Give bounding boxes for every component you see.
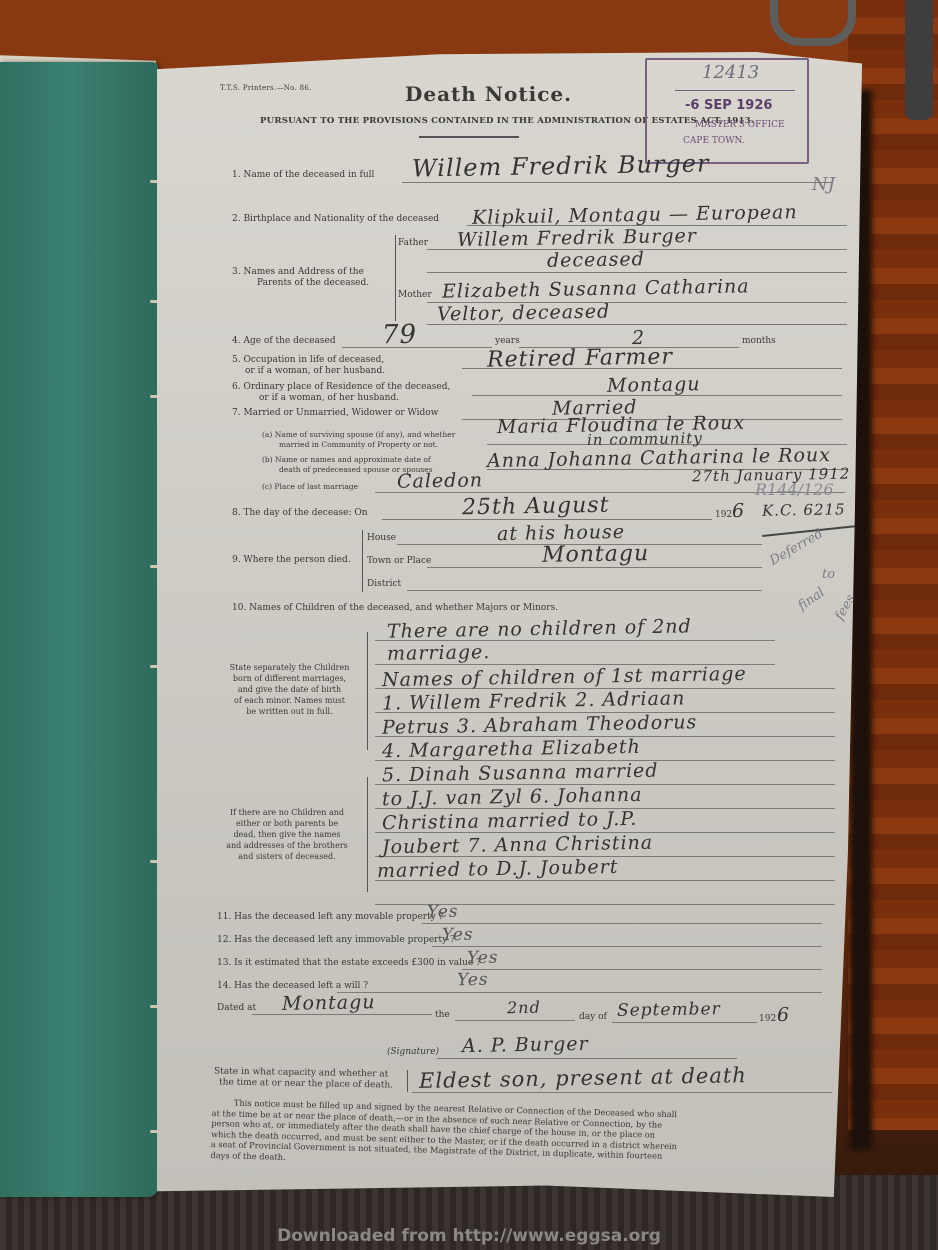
town-value: Montagu <box>542 541 650 568</box>
capacity-line <box>412 1092 832 1093</box>
q7c-value: Caledon <box>397 469 483 492</box>
stamp-number: 12413 <box>702 62 759 83</box>
masters-office-stamp: 12413 -6 SEP 1926 MASTER'S OFFICE CAPE T… <box>645 58 809 164</box>
metal-bracket <box>905 0 933 120</box>
q10-brace-b <box>367 777 368 892</box>
dated-day-of-label: day of <box>579 1012 607 1022</box>
q11-value: Yes <box>427 902 459 923</box>
q5-label-line1: 5. Occupation in life of deceased, <box>232 355 384 365</box>
kc-number: K.C. 6215 <box>762 500 846 519</box>
capacity-label-2: the time at or near the place of death. <box>219 1077 393 1090</box>
dated-month-line <box>612 1022 757 1023</box>
q14-value: Yes <box>457 970 489 991</box>
child-line: Christina married to J.P. <box>382 808 638 834</box>
child-line: Names of children of 1st marriage <box>382 663 747 691</box>
q7-label: 7. Married or Unmarried, Widower or Wido… <box>232 408 438 418</box>
q5-label-line2: or if a woman, of her husband. <box>245 366 385 376</box>
child-line: married to D.J. Joubert <box>377 856 619 882</box>
initials-annotation: NJ <box>812 174 835 195</box>
q7a-label-1: (a) Name of surviving spouse (if any), a… <box>262 430 455 439</box>
child-line: 5. Dinah Susanna married <box>382 760 659 787</box>
green-book-cover <box>0 62 158 1197</box>
q3-label-line2: Parents of the deceased. <box>257 278 369 288</box>
q14-label: 14. Has the deceased left a will ? <box>217 981 368 991</box>
capacity-value: Eldest son, present at death <box>419 1063 747 1093</box>
q13-label: 13. Is it estimated that the estate exce… <box>217 958 481 968</box>
dated-day-line <box>455 1020 575 1021</box>
child-line: 1. Willem Fredrik 2. Adriaan <box>382 687 686 714</box>
margin-note-2: to <box>822 567 835 582</box>
father-value-2: deceased <box>547 248 645 272</box>
q3-brace <box>395 235 396 321</box>
house-label: House <box>367 533 396 543</box>
child-line: Petrus 3. Abraham Theodorus <box>382 711 698 738</box>
dated-the-label: the <box>435 1010 450 1020</box>
q1-label: 1. Name of the deceased in full <box>232 170 374 180</box>
mother-value-2: Veltor, deceased <box>437 300 611 325</box>
q9-brace <box>362 530 363 592</box>
dated-year-prefix: 192 <box>759 1014 776 1024</box>
q13-line <box>462 969 822 970</box>
q10-instruction-a: State separately the Children born of di… <box>217 662 362 717</box>
town-label: Town or Place <box>367 556 431 566</box>
q6-label-line2: or if a woman, of her husband. <box>259 393 399 403</box>
q1-value: Willem Fredrik Burger <box>412 149 710 182</box>
q7b-label-1: (b) Name or names and approximate date o… <box>262 455 431 464</box>
father-label: Father <box>398 238 428 248</box>
district-line <box>407 590 762 591</box>
years-label: years <box>495 336 520 346</box>
q4-years-value: 79 <box>382 320 418 351</box>
notice-paragraph: This notice must be filled up and signed… <box>210 1097 771 1175</box>
child-line: Joubert 7. Anna Christina <box>382 832 653 859</box>
district-label: District <box>367 579 401 589</box>
dated-month: September <box>617 999 721 1021</box>
q12-line <box>432 946 822 947</box>
q6-value: Montagu <box>607 373 701 397</box>
q7c-label: (c) Place of last marriage <box>262 482 358 491</box>
stamp-city: CAPE TOWN. <box>683 136 745 146</box>
dated-at-label: Dated at <box>217 1003 256 1013</box>
q6-label-line1: 6. Ordinary place of Residence of the de… <box>232 382 450 392</box>
child-line: marriage. <box>387 641 491 665</box>
signature-value: A. P. Burger <box>462 1033 589 1057</box>
q8-line <box>382 519 712 520</box>
mother-label: Mother <box>398 290 432 300</box>
mother-value-1: Elizabeth Susanna Catharina <box>442 275 750 302</box>
q11-line <box>422 923 822 924</box>
q5-value: Retired Farmer <box>487 344 673 372</box>
q4-label: 4. Age of the deceased <box>232 336 336 346</box>
child-line: 4. Margaretha Elizabeth <box>382 736 641 763</box>
death-notice-page: T.T.S. Printers.—No. 86. Death Notice. P… <box>157 52 862 1197</box>
q8-year-prefix: 192 <box>715 510 732 520</box>
q9-label: 9. Where the person died. <box>232 555 351 565</box>
margin-note-3: final <box>795 585 827 614</box>
months-label: months <box>742 336 776 346</box>
q14-line <box>337 992 822 993</box>
signature-label: (Signature) <box>387 1047 439 1057</box>
dated-place-line <box>252 1014 432 1015</box>
q12-value: Yes <box>442 925 474 946</box>
q3-label-line1: 3. Names and Address of the <box>232 267 364 277</box>
stamp-office: MASTER'S OFFICE <box>695 120 785 130</box>
q13-value: Yes <box>467 948 499 969</box>
signature-line <box>437 1058 737 1059</box>
q1-line <box>402 182 832 183</box>
father-line-2 <box>427 272 847 273</box>
child-line: There are no children of 2nd <box>387 615 692 642</box>
q2-label: 2. Birthplace and Nationality of the dec… <box>232 214 439 224</box>
q11-label: 11. Has the deceased left any movable pr… <box>217 912 443 922</box>
q12-label: 12. Has the deceased left any immovable … <box>217 935 455 945</box>
q8-year-suffix: 6 <box>732 500 745 522</box>
title-rule <box>419 136 519 138</box>
q10-instruction-b: If there are no Children and either or b… <box>212 807 362 862</box>
stamp-date: -6 SEP 1926 <box>685 98 772 113</box>
dated-day: 2nd <box>507 998 541 1018</box>
dated-place: Montagu <box>282 991 376 1015</box>
q10-brace-a <box>367 632 368 750</box>
town-line <box>427 567 762 568</box>
pencil-reference: R144/126 <box>755 480 834 499</box>
child-line: to J.J. van Zyl 6. Johanna <box>382 784 643 811</box>
download-watermark: Downloaded from http://www.eggsa.org <box>0 1226 938 1246</box>
stamp-rule <box>675 90 795 91</box>
page-title: Death Notice. <box>405 82 572 106</box>
metal-clip <box>770 0 856 46</box>
q10-label: 10. Names of Children of the deceased, a… <box>232 603 558 613</box>
father-value-1: Willem Fredrik Burger <box>457 225 697 251</box>
capacity-brace <box>407 1070 408 1092</box>
printer-mark: T.T.S. Printers.—No. 86. <box>220 84 312 92</box>
q8-label: 8. The day of the decease: On <box>232 508 368 518</box>
q8-value: 25th August <box>462 493 610 521</box>
q7a-label-2: married in Community of Property or not. <box>279 440 438 449</box>
dated-year-suffix: 6 <box>777 1004 790 1026</box>
